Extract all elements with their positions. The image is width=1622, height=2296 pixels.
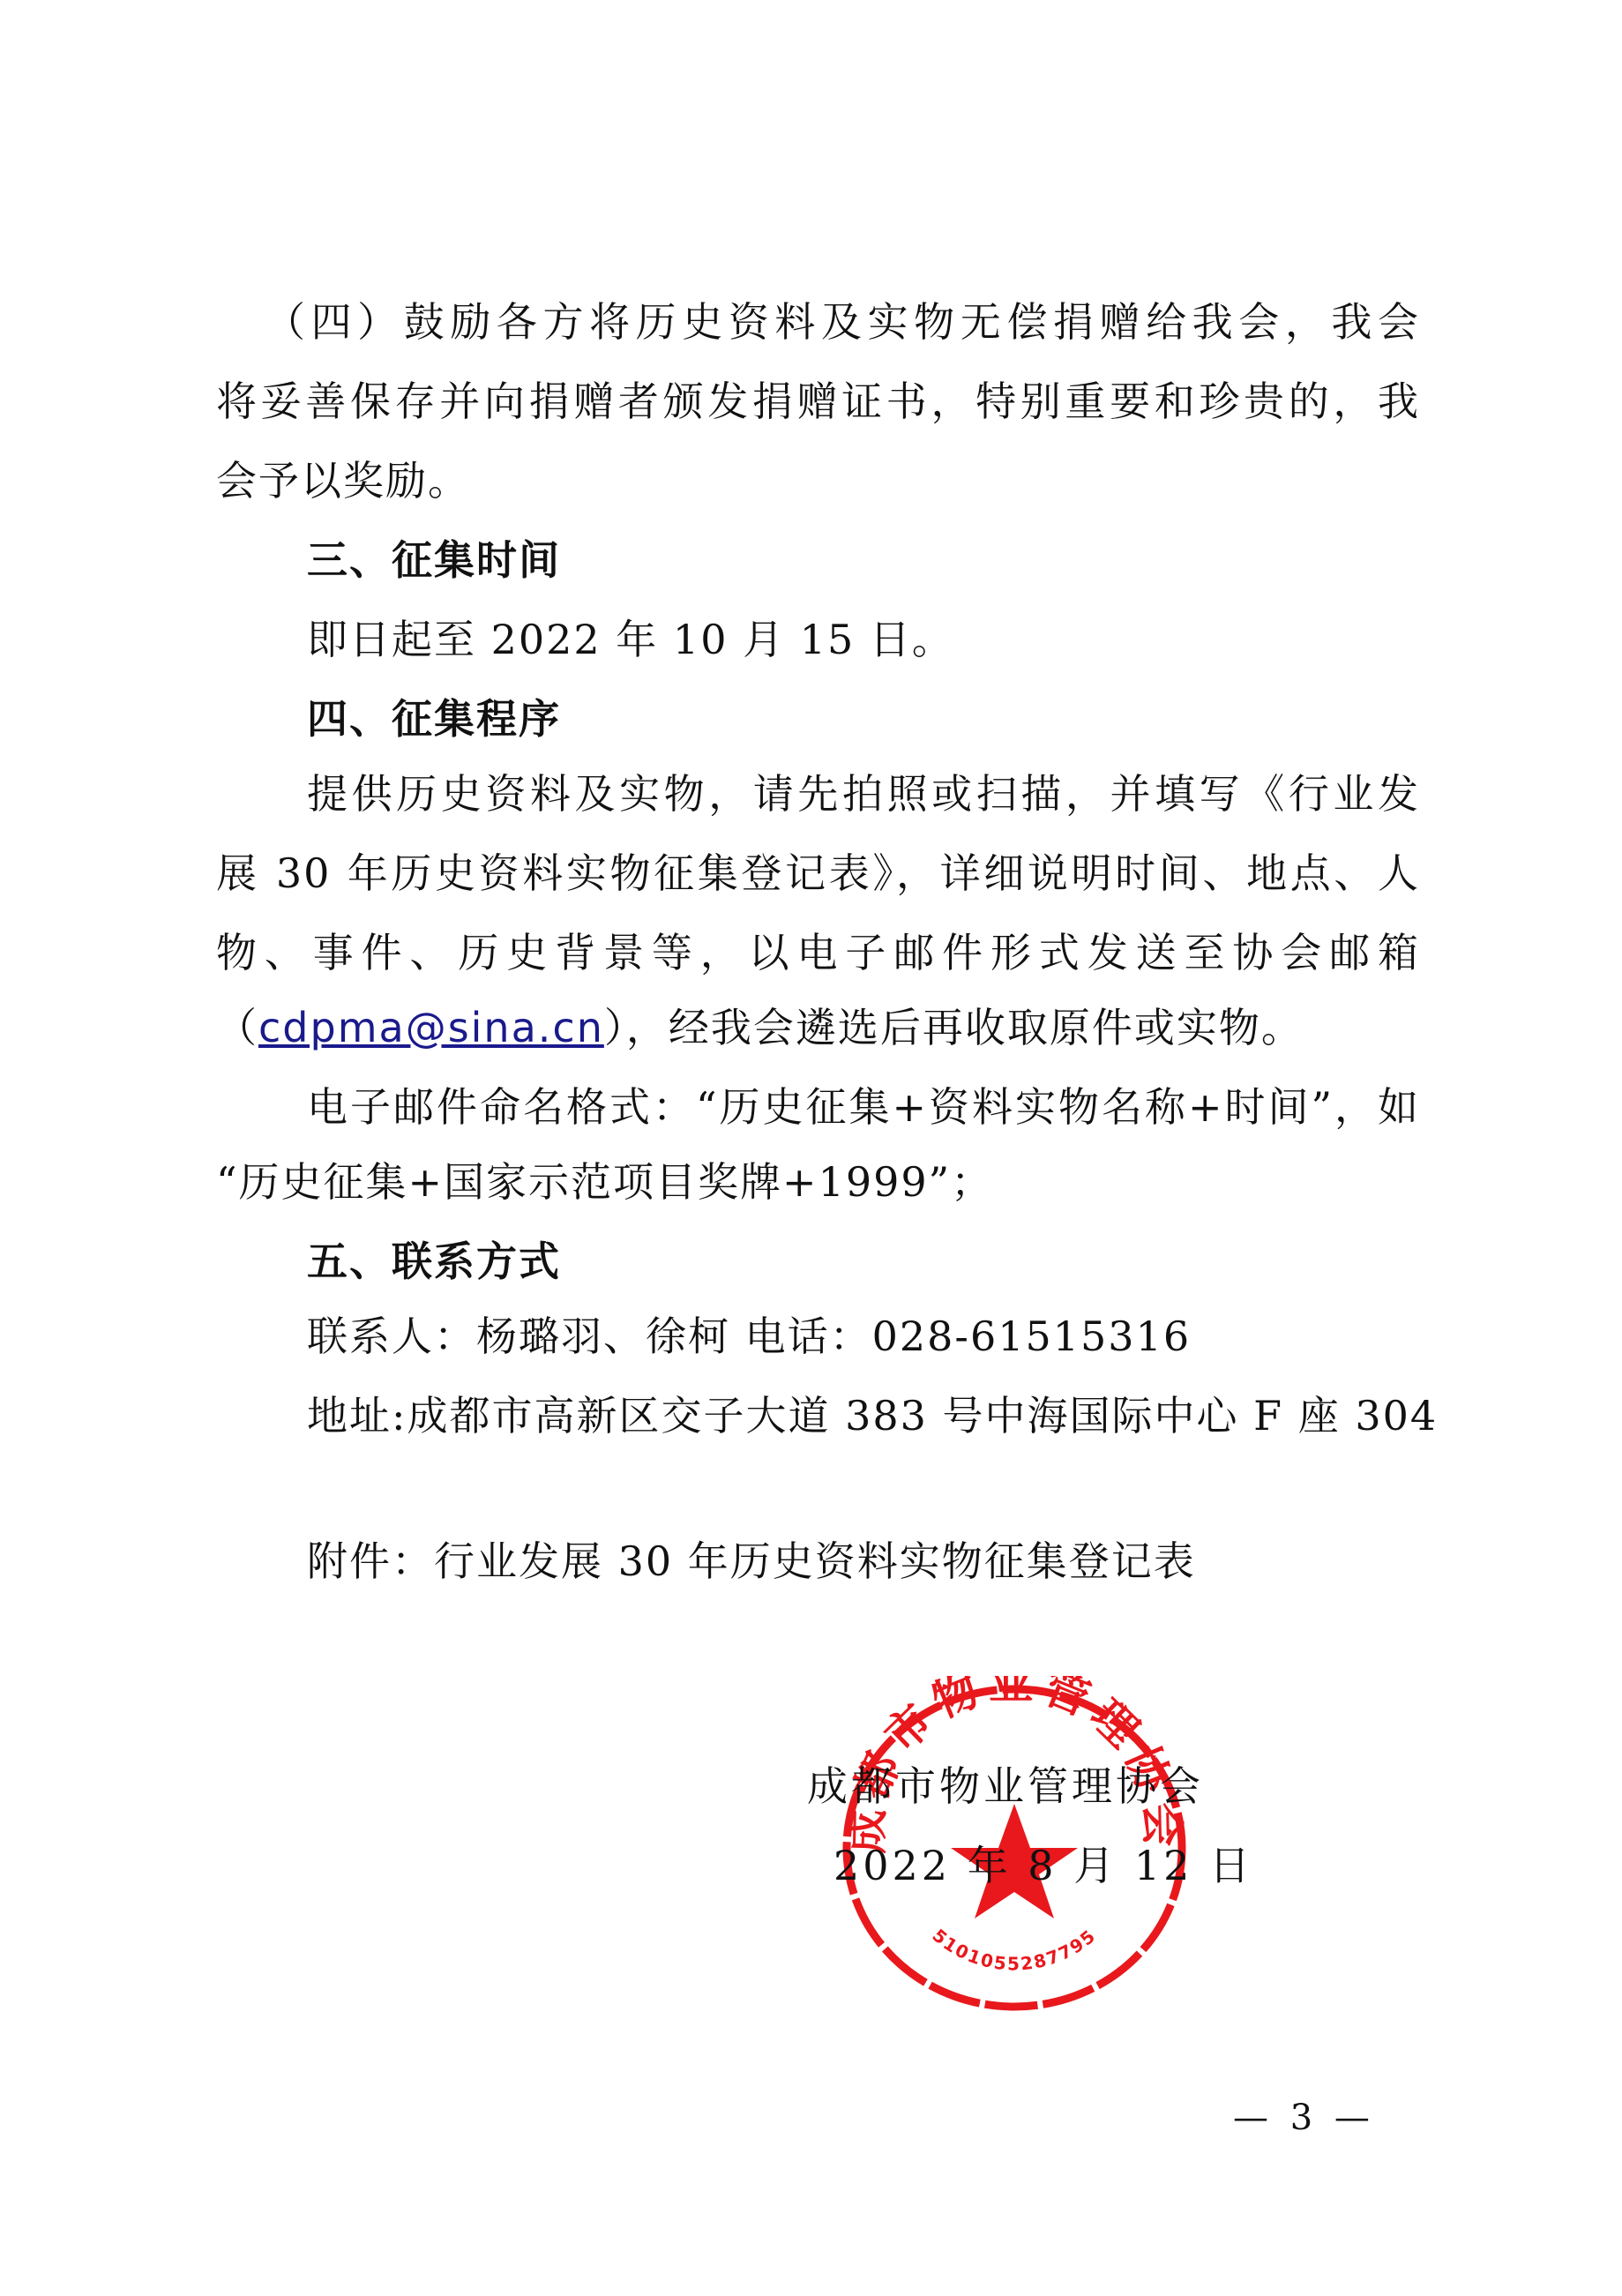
document-page: （四）鼓励各方将历史资料及实物无偿捐赠给我会，我会 将妥善保存并向捐赠者颁发捐赠… [0, 0, 1622, 2296]
line-4-rest: ），经我会遴选后再收取原件或实物。 [604, 1004, 1304, 1051]
attachment-line: 附件：行业发展 30 年历史资料实物征集登记表 [307, 1535, 1196, 1588]
signature-date: 2022 年 8 月 12 日 [833, 1839, 1253, 1892]
paragraph-4-line-2: 将妥善保存并向捐赠者颁发捐赠证书，特别重要和珍贵的，我 [216, 375, 1420, 428]
section-3-text: 即日起至 2022 年 10 月 15 日。 [307, 613, 954, 666]
section-4-line-4: （cdpma@sina.cn），经我会遴选后再收取原件或实物。 [216, 1001, 1304, 1054]
paragraph-4-line-3: 会予以奖励。 [216, 454, 470, 507]
naming-format-line-2: “历史征集+国家示范项目奖牌+1999”； [216, 1155, 993, 1208]
section-4-line-1: 提供历史资料及实物，请先拍照或扫描，并填写《行业发 [307, 767, 1420, 820]
page-number: — 3 — [1233, 2098, 1375, 2138]
paragraph-4-line-1: （四）鼓励各方将历史资料及实物无偿捐赠给我会，我会 [265, 295, 1420, 348]
email-link[interactable]: cdpma@sina.cn [258, 1004, 604, 1051]
svg-text:5101055287795: 5101055287795 [929, 1925, 1101, 1974]
section-3-heading: 三、征集时间 [307, 534, 561, 587]
naming-format-line-1: 电子邮件命名格式：“历史征集+资料实物名称+时间”，如 [307, 1081, 1420, 1133]
section-4-line-2: 展 30 年历史资料实物征集登记表》，详细说明时间、地点、人 [216, 847, 1420, 900]
section-4-line-3: 物、事件、历史背景等，以电子邮件形式发送至协会邮箱 [216, 926, 1420, 979]
section-4-heading: 四、征集程序 [307, 692, 561, 745]
open-paren: （ [216, 1004, 258, 1051]
signature-organization: 成都市物业管理协会 [807, 1760, 1204, 1813]
section-5-heading: 五、联系方式 [307, 1235, 561, 1288]
contact-line: 联系人：杨璐羽、徐柯 电话：028-61515316 [307, 1310, 1191, 1363]
address-line: 地址:成都市高新区交子大道 383 号中海国际中心 F 座 304 [307, 1389, 1438, 1442]
